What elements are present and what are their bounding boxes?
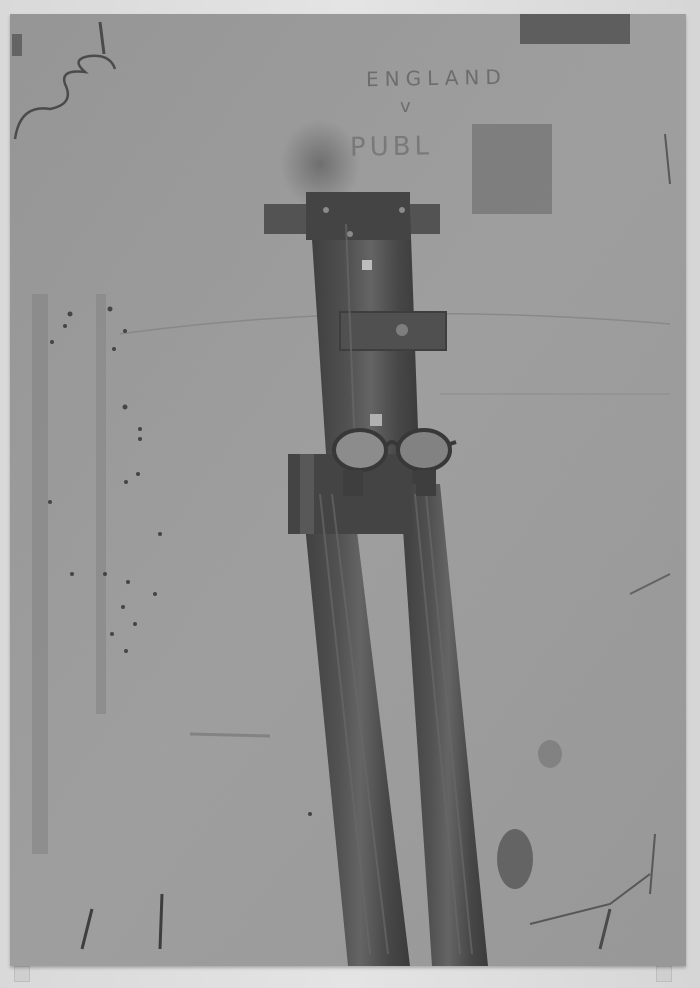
wall-graffiti-line-3: PUBL bbox=[350, 131, 434, 162]
mounting-pin-right bbox=[656, 966, 672, 982]
wall-mount-background: ENGLAND v PUBL bbox=[0, 0, 700, 988]
mounting-pin-left bbox=[14, 966, 30, 982]
photograph-print: ENGLAND v PUBL bbox=[10, 14, 686, 966]
photo-scene bbox=[10, 14, 686, 966]
wall-graffiti-line-2: v bbox=[400, 96, 417, 117]
wall-graffiti-line-1: ENGLAND bbox=[366, 65, 507, 91]
